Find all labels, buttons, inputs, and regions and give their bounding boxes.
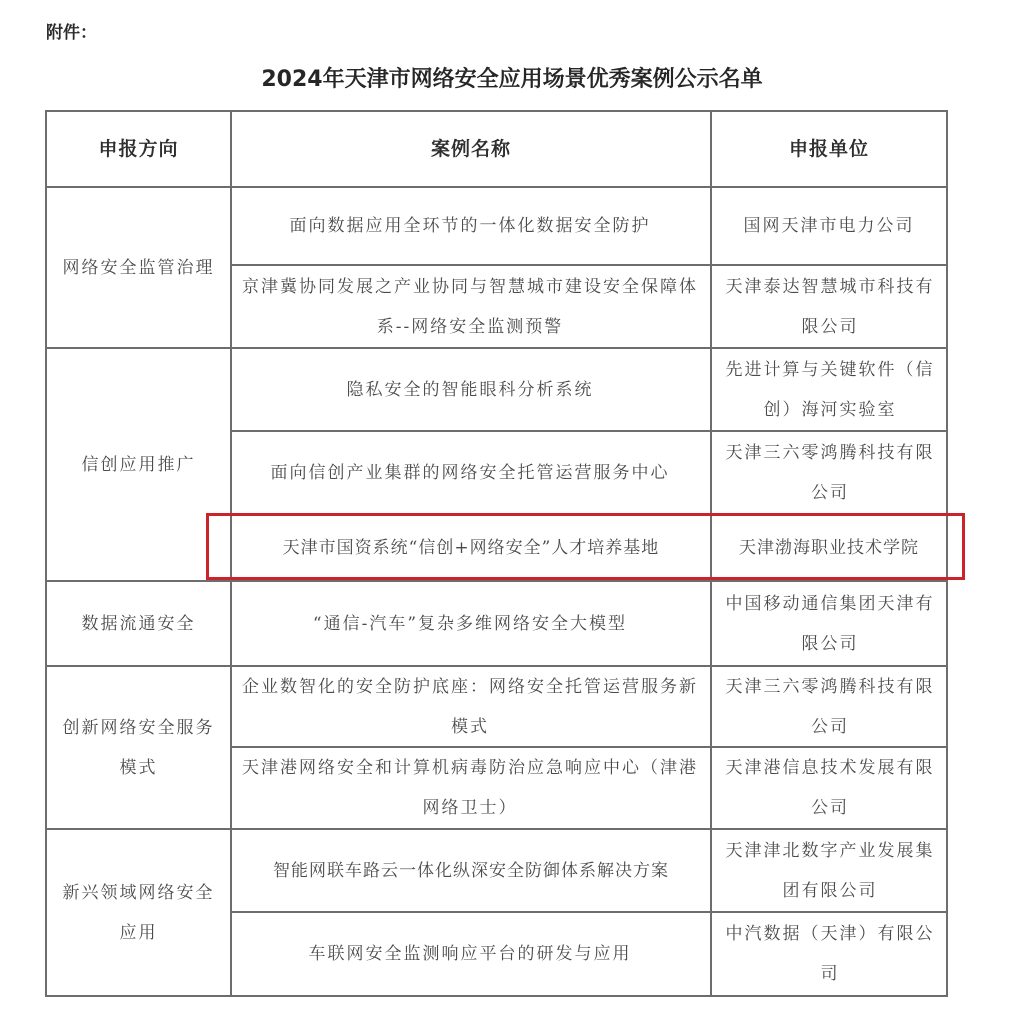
table-border-bottom — [45, 995, 948, 997]
case-cell: “通信-汽车”复杂多维网络安全大模型 — [240, 582, 700, 665]
header-unit: 申报单位 — [712, 112, 946, 186]
header-case-name: 案例名称 — [232, 112, 710, 186]
attachment-label: 附件： — [46, 18, 97, 43]
direction-cell: 网络安全监管治理 — [47, 188, 230, 347]
case-cell: 车联网安全监测响应平台的研发与应用 — [240, 913, 700, 995]
unit-cell: 国网天津市电力公司 — [717, 188, 941, 264]
unit-cell: 天津津北数字产业发展集团有限公司 — [725, 830, 935, 911]
column-divider — [230, 110, 232, 997]
direction-cell: 新兴领域网络安全应用 — [57, 830, 220, 995]
unit-cell: 中汽数据（天津）有限公司 — [725, 913, 935, 995]
header-direction: 申报方向 — [47, 112, 230, 186]
document-title: 2024年天津市网络安全应用场景优秀案例公示名单 — [0, 62, 1024, 93]
case-cell: 企业数智化的安全防护底座：网络安全托管运营服务新模式 — [240, 667, 700, 746]
case-cell: 智能网联车路云一体化纵深安全防御体系解决方案 — [234, 830, 708, 911]
unit-cell: 天津港信息技术发展有限公司 — [725, 748, 935, 828]
case-cell: 面向数据应用全环节的一体化数据安全防护 — [240, 188, 700, 264]
unit-cell: 天津泰达智慧城市科技有限公司 — [725, 266, 935, 347]
unit-cell: 中国移动通信集团天津有限公司 — [725, 582, 935, 665]
case-cell: 天津港网络安全和计算机病毒防治应急响应中心（津港网络卫士） — [240, 748, 700, 828]
unit-cell-highlighted: 天津渤海职业技术学院 — [712, 515, 946, 580]
unit-cell: 先进计算与关键软件（信创）海河实验室 — [725, 349, 935, 430]
unit-cell: 天津三六零鸿腾科技有限公司 — [725, 432, 935, 513]
case-cell: 京津冀协同发展之产业协同与智慧城市建设安全保障体系--网络安全监测预警 — [240, 266, 700, 347]
case-cell-highlighted: 天津市国资系统“信创+网络安全”人才培养基地 — [234, 515, 708, 580]
direction-cell: 信创应用推广 — [47, 349, 230, 580]
direction-cell: 数据流通安全 — [47, 582, 230, 665]
unit-cell: 天津三六零鸿腾科技有限公司 — [725, 667, 935, 746]
direction-cell: 创新网络安全服务模式 — [57, 667, 220, 828]
case-cell: 隐私安全的智能眼科分析系统 — [240, 349, 700, 430]
table-border-right — [946, 110, 948, 997]
case-cell: 面向信创产业集群的网络安全托管运营服务中心 — [240, 432, 700, 513]
cases-table: 申报方向 案例名称 申报单位 网络安全监管治理 面向数据应用全环节的一体化数据安… — [45, 110, 948, 997]
